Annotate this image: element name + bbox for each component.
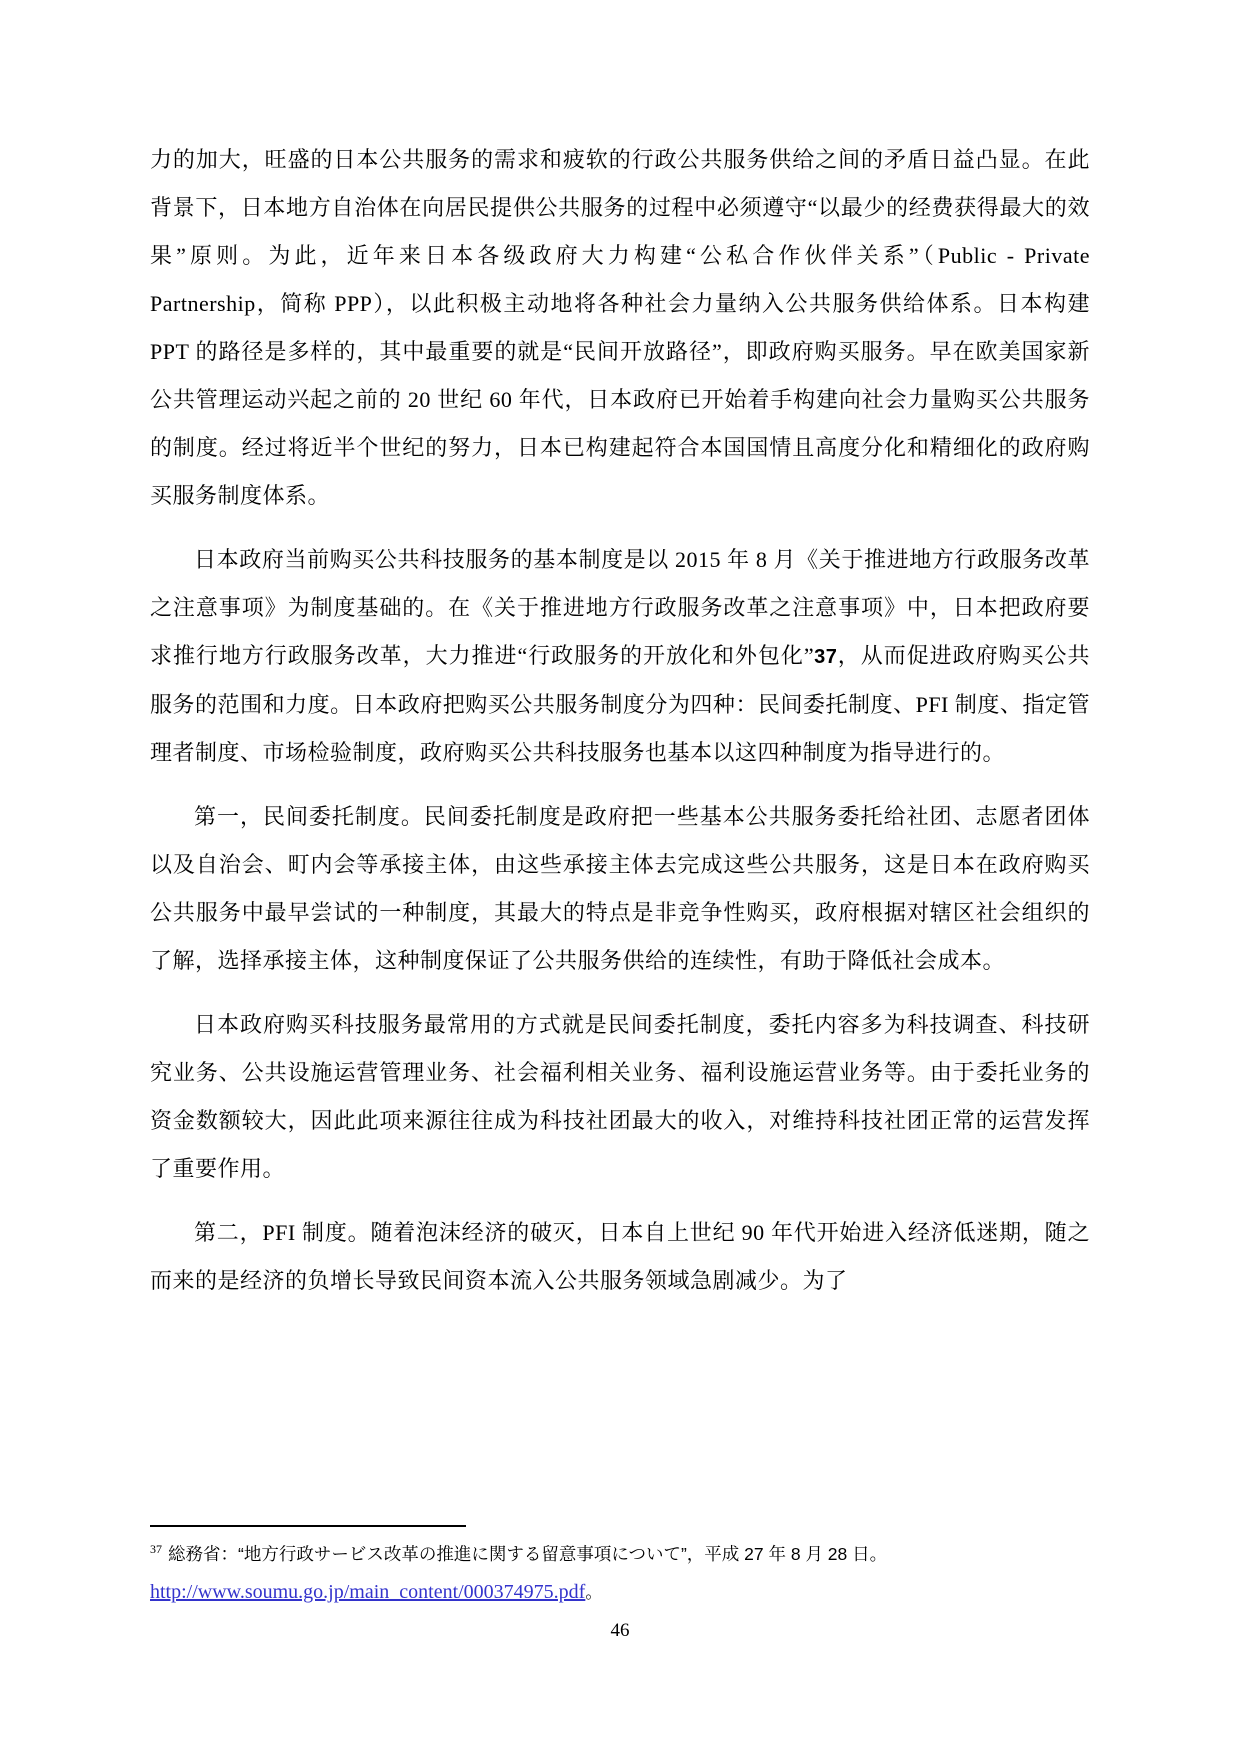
footnote-reference-37: 37	[814, 646, 837, 668]
footnote-marker: 37	[150, 1542, 162, 1556]
footnote-link[interactable]: http://www.soumu.go.jp/main_content/0003…	[150, 1581, 585, 1603]
page-body: 力的加大，旺盛的日本公共服务的需求和疲软的行政公共服务供给之间的矛盾日益凸显。在…	[150, 136, 1090, 1321]
paragraph-5: 第二，PFI 制度。随着泡沫经济的破灭，日本自上世纪 90 年代开始进入经济低迷…	[150, 1209, 1090, 1305]
paragraph-4: 日本政府购买科技服务最常用的方式就是民间委托制度，委托内容多为科技调查、科技研究…	[150, 1001, 1090, 1193]
footnote-text: 総務省：“地方行政サービス改革の推進に関する留意事項について”，平成 27 年 …	[168, 1544, 887, 1564]
paragraph-1: 力的加大，旺盛的日本公共服务的需求和疲软的行政公共服务供给之间的矛盾日益凸显。在…	[150, 136, 1090, 520]
footnote-url-line: http://www.soumu.go.jp/main_content/0003…	[150, 1577, 1090, 1608]
footnote: 37総務省：“地方行政サービス改革の推進に関する留意事項について”，平成 27 …	[150, 1540, 1090, 1568]
document-page: 力的加大，旺盛的日本公共服务的需求和疲软的行政公共服务供给之间的矛盾日益凸显。在…	[0, 0, 1240, 1753]
page-number: 46	[0, 1620, 1240, 1642]
footnote-link-suffix: 。	[585, 1583, 602, 1602]
footnote-separator-rule	[150, 1525, 466, 1527]
paragraph-3: 第一，民间委托制度。民间委托制度是政府把一些基本公共服务委托给社团、志愿者团体以…	[150, 793, 1090, 985]
paragraph-2: 日本政府当前购买公共科技服务的基本制度是以 2015 年 8 月《关于推进地方行…	[150, 536, 1090, 777]
